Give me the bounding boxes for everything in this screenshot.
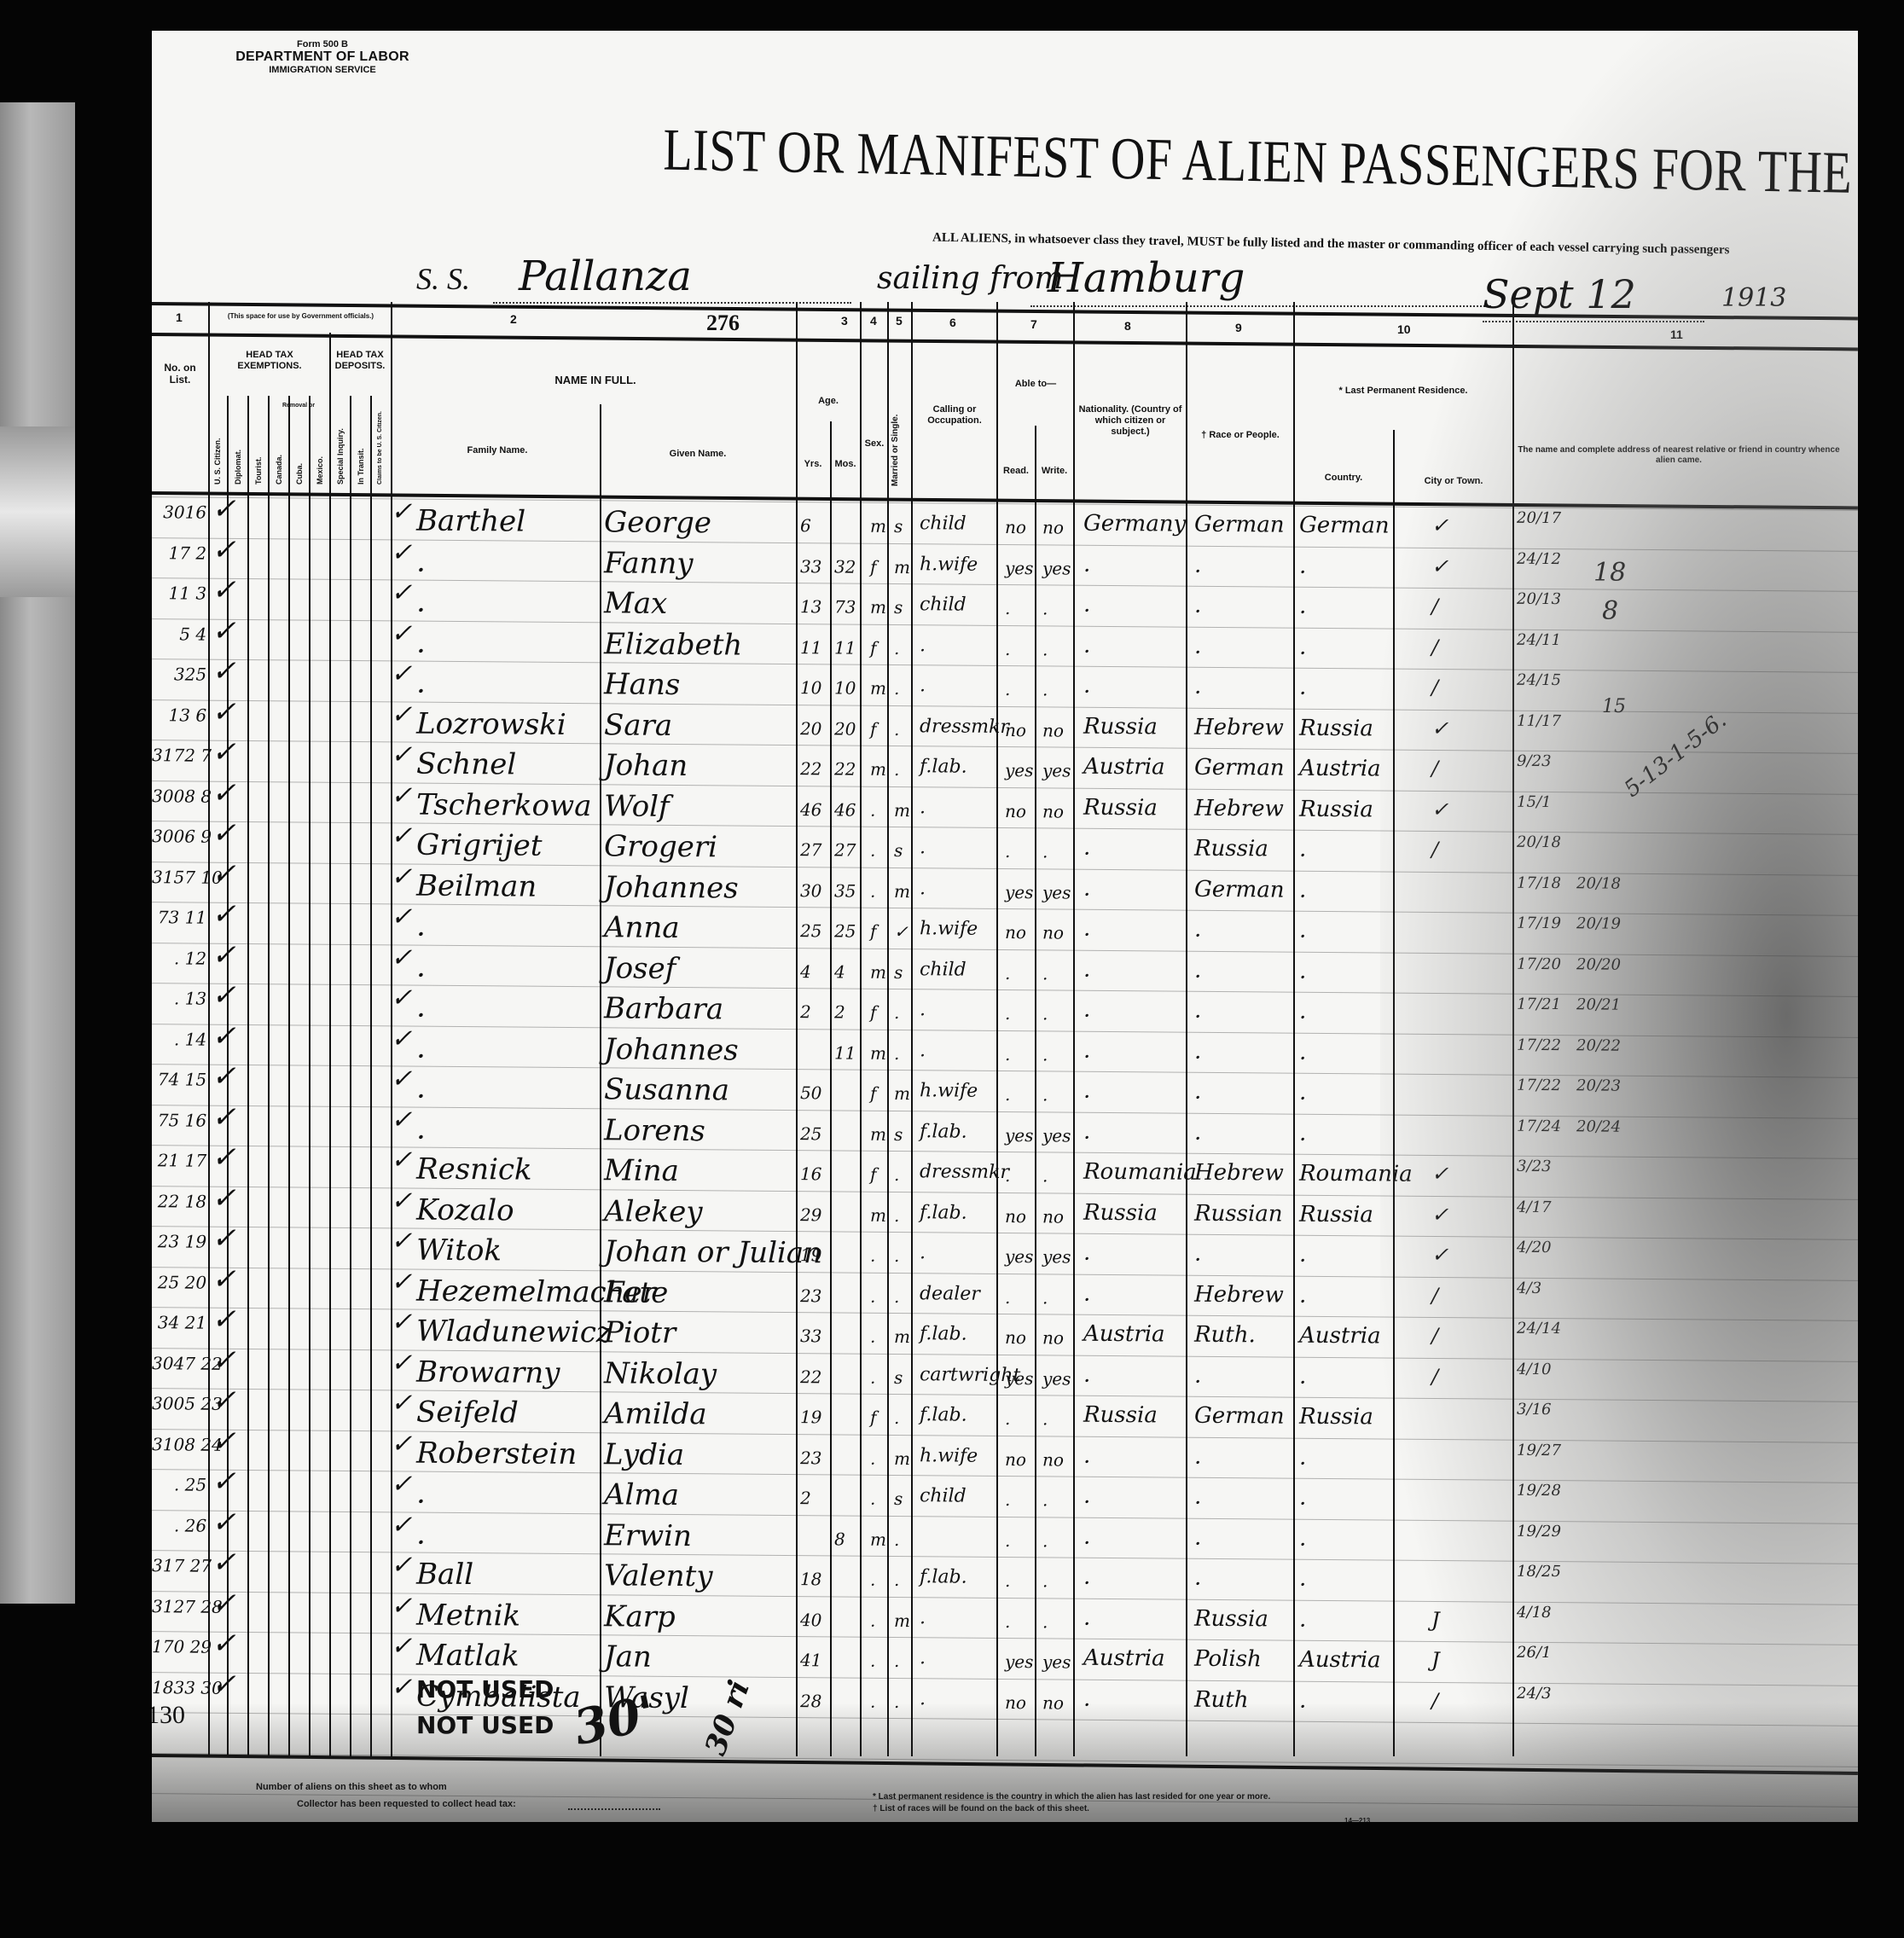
- marital-status: m: [894, 1448, 910, 1468]
- marital-status: m: [894, 1610, 910, 1630]
- list-number: 17 2: [152, 543, 206, 564]
- occupation: .: [920, 1688, 926, 1709]
- can-write: no: [1042, 922, 1064, 943]
- marital-status: .: [894, 718, 900, 739]
- age-months: 11: [834, 637, 856, 658]
- not-used-row-30: NOT USED: [416, 1711, 554, 1739]
- can-write: .: [1042, 1044, 1048, 1065]
- sex: m: [870, 1204, 886, 1225]
- race: Hebrew: [1194, 1281, 1284, 1308]
- relative-ref: 24/11: [1517, 632, 1561, 647]
- can-read: yes: [1005, 760, 1034, 780]
- relative-ref: 24/14: [1517, 1321, 1561, 1337]
- col-number: 3: [841, 314, 848, 328]
- family-name: Roberstein: [416, 1436, 578, 1471]
- age-months: 20: [834, 718, 856, 739]
- family-name: Beilman: [416, 868, 537, 903]
- family-name: .: [416, 1517, 426, 1551]
- given-name-header: Given Name.: [630, 449, 766, 460]
- list-number: 11 3: [152, 583, 206, 604]
- col-number: 5: [896, 314, 903, 328]
- checkmark-icon: ✓: [391, 1591, 412, 1621]
- can-write: .: [1042, 679, 1048, 699]
- read-header: Read.: [998, 466, 1034, 477]
- checkmark-icon: ✓: [391, 1510, 412, 1540]
- nationality: Russia: [1083, 713, 1158, 740]
- checkmark-icon: ✓: [391, 1429, 412, 1459]
- list-number: 25 20: [152, 1272, 206, 1293]
- list-number: 170 29: [152, 1636, 206, 1657]
- subcol-special-inquiry: Special Inquiry.: [336, 413, 345, 484]
- age-years: 10: [800, 677, 822, 698]
- family-name-header: Family Name.: [433, 445, 561, 456]
- checkmark-icon: ✓: [212, 654, 236, 688]
- age-years: 50: [800, 1082, 822, 1103]
- occupation: .: [920, 1647, 926, 1668]
- age-years: 4: [800, 961, 811, 982]
- can-write: .: [1042, 841, 1048, 862]
- residence-city: ✓: [1431, 797, 1448, 821]
- race: .: [1194, 1484, 1202, 1510]
- sailing-from-label: sailing from: [877, 261, 1064, 296]
- ss-label: S. S.: [416, 261, 470, 297]
- age-years: 33: [800, 1326, 822, 1346]
- residence-country: .: [1299, 1687, 1307, 1713]
- can-read: .: [1005, 1003, 1011, 1024]
- checkmark-icon: ✓: [391, 1307, 412, 1337]
- sheet-count: 130: [152, 1701, 185, 1730]
- given-name: Piotr: [604, 1315, 676, 1350]
- given-name: Lydia: [604, 1437, 684, 1472]
- family-name: .: [416, 1030, 426, 1065]
- age-months: 73: [834, 596, 856, 617]
- family-name: .: [416, 1111, 426, 1146]
- occupation: .: [920, 878, 926, 899]
- checkmark-icon: ✓: [212, 1018, 236, 1053]
- nationality: .: [1083, 1442, 1091, 1468]
- checkmark-icon: ✓: [391, 537, 412, 567]
- age-months: 8: [834, 1529, 845, 1549]
- checkmark-icon: ✓: [212, 1221, 236, 1256]
- residence-city: /: [1431, 1324, 1438, 1348]
- can-write: no: [1042, 517, 1064, 537]
- race: .: [1194, 1524, 1202, 1550]
- checkmark-icon: ✓: [391, 496, 412, 526]
- occupation: f.lab.: [920, 1121, 967, 1142]
- list-number: 3108 24: [152, 1434, 206, 1455]
- footer-head-tax-label: Collector has been requested to collect …: [297, 1798, 516, 1810]
- family-name: .: [416, 949, 426, 984]
- relative-ref: 4/17: [1517, 1199, 1552, 1215]
- residence-country: .: [1299, 837, 1307, 862]
- nationality: .: [1083, 1078, 1091, 1104]
- sex: .: [870, 880, 876, 901]
- checkmark-icon: ✓: [391, 983, 412, 1013]
- sex: f: [870, 556, 877, 577]
- checkmark-icon: ✓: [212, 492, 236, 526]
- family-name: Metnik: [416, 1598, 520, 1633]
- age-years: 20: [800, 718, 822, 739]
- sex: m: [870, 961, 886, 982]
- residence-country: Russia: [1299, 796, 1373, 822]
- can-write: no: [1042, 1692, 1064, 1713]
- sex: m: [870, 1123, 886, 1144]
- residence-city: ✓: [1431, 716, 1448, 740]
- occupation: h.wife: [920, 554, 978, 576]
- nationality: Germany: [1083, 511, 1186, 537]
- marital-status: s: [894, 516, 903, 537]
- age-years: 23: [800, 1448, 822, 1468]
- relative-ref: 24/3: [1517, 1686, 1552, 1701]
- given-name: Barbara: [604, 991, 723, 1026]
- service-label: IMMIGRATION SERVICE: [212, 65, 433, 75]
- occupation: h.wife: [920, 918, 978, 940]
- marital-status: s: [894, 1123, 903, 1144]
- race: .: [1194, 917, 1202, 943]
- marital-status: s: [894, 1366, 903, 1387]
- age-months: 27: [834, 839, 856, 860]
- race: German: [1194, 876, 1285, 902]
- nationality: .: [1083, 1280, 1091, 1306]
- residence-country: German: [1299, 513, 1390, 539]
- family-name: Barthel: [416, 504, 525, 539]
- relative-header: The name and complete address of nearest…: [1517, 445, 1841, 466]
- residence-country: Austria: [1299, 756, 1381, 782]
- residence-country: .: [1299, 1444, 1307, 1470]
- can-write: no: [1042, 1449, 1064, 1470]
- no-on-list-header: No. on List.: [154, 362, 206, 386]
- sex: .: [870, 1488, 876, 1509]
- relative-ref: 17/18: [1517, 875, 1561, 891]
- family-name: .: [416, 909, 426, 943]
- checkmark-icon: ✓: [391, 821, 412, 850]
- age-years: 19: [800, 1245, 822, 1265]
- occupation: dressmkr: [920, 1161, 1009, 1183]
- checkmark-icon: ✓: [391, 1064, 412, 1094]
- adjacent-page-strip: [0, 102, 75, 1604]
- age-months: 25: [834, 920, 856, 941]
- checkmark-icon: ✓: [391, 1145, 412, 1175]
- given-name: Amilda: [604, 1396, 707, 1431]
- nationality: .: [1083, 551, 1091, 577]
- relative-ref-secondary: 20/20: [1576, 957, 1621, 972]
- relative-ref: 24/12: [1517, 551, 1561, 566]
- relative-ref: 24/15: [1517, 673, 1561, 688]
- given-name: Johannes: [604, 870, 739, 905]
- family-name: Tscherkowa: [416, 787, 592, 823]
- sex: .: [870, 1570, 876, 1590]
- can-read: .: [1005, 1570, 1011, 1591]
- sex: m: [870, 1042, 886, 1063]
- age-years: 2: [800, 1001, 811, 1022]
- subcol-diplomat: Diplomat.: [234, 421, 242, 484]
- age-years: 23: [800, 1285, 822, 1306]
- nationality: .: [1083, 1483, 1091, 1509]
- can-read: no: [1005, 922, 1026, 943]
- marital-status: .: [894, 759, 900, 780]
- list-number: 34 21: [152, 1312, 206, 1333]
- relative-ref: 19/29: [1517, 1523, 1561, 1539]
- residence-country: .: [1299, 675, 1307, 700]
- col-number: 1: [176, 310, 183, 324]
- residence-country: .: [1299, 1039, 1307, 1065]
- residence-city: J: [1431, 1648, 1440, 1672]
- list-number: 13 6: [152, 705, 206, 726]
- checkmark-icon: ✓: [391, 1186, 412, 1216]
- list-number: . 26: [152, 1515, 206, 1536]
- marital-status: .: [894, 1570, 900, 1590]
- occupation: .: [920, 1040, 926, 1061]
- checkmark-icon: ✓: [212, 694, 236, 728]
- months-header: Mos.: [831, 459, 860, 470]
- race: .: [1194, 1362, 1202, 1388]
- occupation: f.lab.: [920, 1323, 967, 1344]
- given-name: Wolf: [604, 789, 670, 824]
- checkmark-icon: ✓: [391, 618, 412, 648]
- nationality-header: Nationality. (Country of which citizen o…: [1077, 404, 1184, 438]
- city-header: City or Town.: [1397, 476, 1510, 487]
- checkmark-icon: ✓: [391, 740, 412, 769]
- sex: .: [870, 1245, 876, 1266]
- nationality: Roumania: [1083, 1159, 1197, 1186]
- family-name: Browarny: [416, 1355, 560, 1390]
- list-number: 1833 30: [152, 1677, 206, 1698]
- form-number: Form 500 B: [212, 39, 433, 49]
- family-name: .: [416, 990, 426, 1024]
- sex: m: [870, 759, 886, 780]
- family-name: Grigrijet: [416, 828, 543, 863]
- margin-note-8: 8: [1602, 596, 1618, 626]
- occupation: f.lab.: [920, 1566, 967, 1587]
- marital-status: .: [894, 1002, 900, 1023]
- age-header: Age.: [800, 396, 856, 407]
- given-name: Erwin: [604, 1518, 692, 1553]
- marital-status: m: [894, 1326, 910, 1347]
- sex: m: [870, 1529, 886, 1549]
- age-months: 10: [834, 677, 856, 698]
- race: German: [1194, 512, 1285, 538]
- relative-ref: 17/24: [1517, 1118, 1561, 1134]
- can-read: no: [1005, 1449, 1026, 1470]
- col-number: 9: [1235, 321, 1242, 334]
- given-name: Fate: [604, 1275, 669, 1310]
- list-number: 75 16: [152, 1110, 206, 1131]
- checkmark-icon: ✓: [212, 1059, 236, 1094]
- nationality: .: [1083, 1686, 1091, 1711]
- given-name: Fanny: [604, 546, 694, 581]
- given-name: Elizabeth: [604, 627, 743, 662]
- manifest-title: LIST OR MANIFEST OF ALIEN PASSENGERS FOR…: [663, 116, 1858, 212]
- nationality: Austria: [1083, 754, 1165, 780]
- age-years: 25: [800, 920, 822, 941]
- occupation: .: [920, 635, 926, 656]
- race: Polish: [1194, 1646, 1262, 1673]
- given-name: Valenty: [604, 1558, 713, 1593]
- checkmark-icon: ✓: [391, 1388, 412, 1418]
- list-number: 21 17: [152, 1150, 206, 1171]
- head-tax-exemptions-header: HEAD TAX EXEMPTIONS.: [213, 350, 326, 372]
- checkmark-icon: ✓: [391, 862, 412, 891]
- sex: f: [870, 1083, 877, 1104]
- checkmark-icon: ✓: [212, 937, 236, 972]
- given-name: Max: [604, 586, 668, 621]
- occupation: child: [920, 594, 967, 615]
- age-years: 18: [800, 1569, 822, 1589]
- list-number: 317 27: [152, 1555, 206, 1576]
- given-name: Nikolay: [604, 1356, 717, 1391]
- sex: .: [870, 1448, 876, 1468]
- list-number: 3127 28: [152, 1596, 206, 1617]
- residence-city: /: [1431, 838, 1438, 862]
- nationality: .: [1083, 1604, 1091, 1630]
- residence-country: .: [1299, 594, 1307, 619]
- sex: .: [870, 1610, 876, 1630]
- sex: m: [870, 678, 886, 699]
- can-write: .: [1042, 1489, 1048, 1510]
- can-write: .: [1042, 1165, 1048, 1186]
- sex: f: [870, 1407, 877, 1428]
- can-read: .: [1005, 1408, 1011, 1429]
- residence-country: .: [1299, 1282, 1307, 1308]
- subcol-tourist: Tourist.: [254, 421, 263, 484]
- age-years: 29: [800, 1204, 822, 1225]
- can-write: yes: [1042, 1125, 1071, 1146]
- race: German: [1194, 755, 1285, 781]
- can-write: no: [1042, 1206, 1064, 1227]
- list-number: . 12: [152, 948, 206, 969]
- given-name: Johan or Julian: [604, 1234, 822, 1270]
- nationality: .: [1083, 1118, 1091, 1144]
- checkmark-icon: ✓: [391, 577, 412, 607]
- sex: .: [870, 799, 876, 820]
- checkmark-icon: ✓: [212, 1262, 236, 1296]
- race: .: [1194, 1443, 1202, 1469]
- occupation: child: [920, 1485, 967, 1506]
- subcol-canada: Canada.: [275, 421, 283, 484]
- age-months: 4: [834, 961, 845, 982]
- list-number: 3005 23: [152, 1393, 206, 1414]
- residence-country: .: [1299, 918, 1307, 943]
- can-write: .: [1042, 1003, 1048, 1024]
- occupation: .: [920, 1607, 926, 1628]
- checkmark-icon: ✓: [391, 659, 412, 688]
- can-write: yes: [1042, 558, 1071, 578]
- age-years: 41: [800, 1650, 822, 1670]
- nationality: .: [1083, 1523, 1091, 1549]
- residence-city: /: [1431, 1688, 1438, 1712]
- can-read: .: [1005, 1530, 1011, 1551]
- can-read: yes: [1005, 558, 1034, 578]
- can-write: .: [1042, 1287, 1048, 1308]
- can-write: yes: [1042, 1368, 1071, 1389]
- col-number: 7: [1030, 317, 1037, 331]
- relative-ref-secondary: 20/21: [1576, 997, 1621, 1013]
- checkmark-icon: ✓: [212, 1627, 236, 1661]
- given-name: Hans: [604, 667, 681, 702]
- marital-status: .: [894, 1245, 900, 1266]
- sex: f: [870, 921, 877, 942]
- col-number: 6: [949, 316, 956, 329]
- nationality: .: [1083, 956, 1091, 982]
- marital-status: m: [894, 880, 910, 901]
- marital-status: s: [894, 597, 903, 618]
- occupation: f.lab.: [920, 1404, 967, 1425]
- age-years: 11: [800, 637, 822, 658]
- checkmark-icon: ✓: [391, 1024, 412, 1053]
- checkmark-icon: ✓: [212, 573, 236, 607]
- can-write: .: [1042, 1408, 1048, 1429]
- form-identifier: Form 500 B DEPARTMENT OF LABOR IMMIGRATI…: [212, 39, 433, 75]
- age-years: 40: [800, 1610, 822, 1630]
- occupation: f.lab.: [920, 1202, 967, 1223]
- can-write: no: [1042, 801, 1064, 821]
- family-name: Resnick: [416, 1152, 532, 1187]
- race: .: [1194, 1241, 1202, 1267]
- checkmark-icon: ✓: [391, 1348, 412, 1378]
- given-name: Anna: [604, 910, 680, 945]
- age-years: 16: [800, 1163, 822, 1184]
- can-read: .: [1005, 841, 1011, 862]
- race: Hebrew: [1194, 714, 1284, 740]
- checkmark-icon: ✓: [212, 613, 236, 647]
- race: .: [1194, 593, 1202, 618]
- can-read: .: [1005, 1287, 1011, 1308]
- residence-country: .: [1299, 1080, 1307, 1105]
- subcol-in-transit: In Transit.: [357, 413, 365, 484]
- family-name: .: [416, 625, 426, 659]
- sex: .: [870, 1285, 876, 1306]
- given-name: Susanna: [604, 1072, 729, 1107]
- checkmark-icon: ✓: [212, 1303, 236, 1337]
- sex: .: [870, 1366, 876, 1387]
- can-read: .: [1005, 598, 1011, 618]
- subcol-mexico: Mexico.: [316, 421, 324, 484]
- can-read: no: [1005, 1206, 1026, 1227]
- residence-city: /: [1431, 1283, 1438, 1307]
- sex-header: Sex.: [862, 438, 887, 450]
- checkmark-icon: ✓: [391, 1672, 412, 1702]
- residence-country: .: [1299, 958, 1307, 984]
- marital-status: m: [894, 1083, 910, 1104]
- margin-note-15: 15: [1602, 696, 1626, 717]
- residence-city: /: [1431, 757, 1438, 780]
- checkmark-icon: ✓: [391, 1631, 412, 1661]
- footnote-residence: * Last permanent residence is the countr…: [873, 1791, 1270, 1802]
- residence-country: Austria: [1299, 1647, 1381, 1674]
- family-name: Matlak: [416, 1639, 520, 1674]
- can-write: .: [1042, 963, 1048, 984]
- marital-status: .: [894, 678, 900, 699]
- removal-label: Removal or: [268, 403, 329, 409]
- checkmark-icon: ✓: [212, 532, 236, 566]
- race: .: [1194, 633, 1202, 659]
- can-read: .: [1005, 1611, 1011, 1632]
- age-years: 30: [800, 880, 822, 901]
- race: .: [1194, 1079, 1202, 1105]
- given-name: Johan: [604, 748, 688, 783]
- occupation: .: [920, 837, 926, 858]
- checkmark-icon: ✓: [212, 816, 236, 850]
- col-number: 4: [870, 314, 877, 328]
- marital-status: .: [894, 1164, 900, 1185]
- race: Hebrew: [1194, 1160, 1284, 1187]
- marital-status: m: [894, 556, 910, 577]
- residence-country: .: [1299, 1363, 1307, 1389]
- can-read: yes: [1005, 1651, 1034, 1672]
- race: .: [1194, 1119, 1202, 1145]
- list-number: 5 4: [152, 624, 206, 645]
- checkmark-icon: ✓: [212, 1100, 236, 1134]
